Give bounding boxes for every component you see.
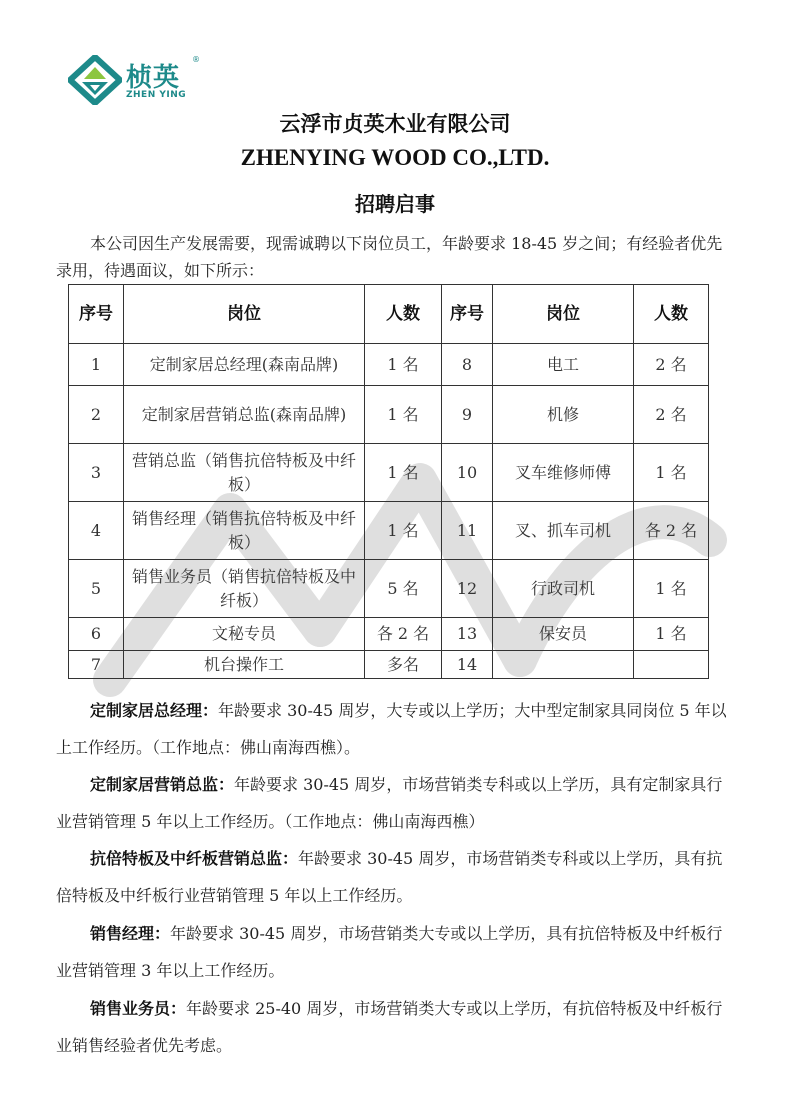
cell-count: 1 名 bbox=[365, 502, 442, 560]
table-row: 4 销售经理（销售抗倍特板及中纤板） 1 名 11 叉、抓车司机 各 2 名 bbox=[69, 502, 709, 560]
cell-position: 文秘专员 bbox=[124, 618, 365, 651]
table-row: 1 定制家居总经理(森南品牌) 1 名 8 电工 2 名 bbox=[69, 344, 709, 386]
requirement-title: 定制家居总经理： bbox=[90, 701, 218, 720]
cell-position: 行政司机 bbox=[493, 560, 634, 618]
cell-position: 保安员 bbox=[493, 618, 634, 651]
table-header-row: 序号 岗位 人数 序号 岗位 人数 bbox=[69, 285, 709, 344]
job-positions-table: 序号 岗位 人数 序号 岗位 人数 1 定制家居总经理(森南品牌) 1 名 8 … bbox=[68, 284, 709, 679]
requirement-general-manager: 定制家居总经理：年龄要求 30-45 周岁，大专或以上学历；大中型定制家具同岗位… bbox=[56, 692, 738, 766]
cell-position: 销售经理（销售抗倍特板及中纤板） bbox=[124, 502, 365, 560]
cell-no: 12 bbox=[442, 560, 493, 618]
cell-no: 6 bbox=[69, 618, 124, 651]
intro-paragraph: 本公司因生产发展需要，现需诚聘以下岗位员工，年龄要求 18-45 岁之间；有经验… bbox=[56, 230, 736, 284]
cell-position: 电工 bbox=[493, 344, 634, 386]
cell-position: 叉、抓车司机 bbox=[493, 502, 634, 560]
cell-count: 各 2 名 bbox=[365, 618, 442, 651]
cell-no: 8 bbox=[442, 344, 493, 386]
notice-title: 招聘启事 bbox=[0, 188, 790, 217]
cell-no: 1 bbox=[69, 344, 124, 386]
header-no: 序号 bbox=[69, 285, 124, 344]
cell-no: 10 bbox=[442, 444, 493, 502]
company-name-en: ZHENYING WOOD CO.,LTD. bbox=[0, 145, 790, 171]
cell-no: 13 bbox=[442, 618, 493, 651]
cell-count: 1 名 bbox=[634, 618, 709, 651]
cell-no: 3 bbox=[69, 444, 124, 502]
cell-count: 1 名 bbox=[365, 444, 442, 502]
table-row: 3 营销总监（销售抗倍特板及中纤板） 1 名 10 叉车维修师傅 1 名 bbox=[69, 444, 709, 502]
cell-no: 4 bbox=[69, 502, 124, 560]
cell-count: 2 名 bbox=[634, 386, 709, 444]
company-name-cn: 云浮市贞英木业有限公司 bbox=[0, 108, 790, 138]
cell-position: 机台操作工 bbox=[124, 651, 365, 679]
cell-position: 机修 bbox=[493, 386, 634, 444]
cell-count: 1 名 bbox=[365, 344, 442, 386]
cell-count: 2 名 bbox=[634, 344, 709, 386]
company-logo: 桢英 ® ZHEN YING bbox=[68, 55, 208, 105]
cell-count: 1 名 bbox=[634, 560, 709, 618]
cell-count: 多名 bbox=[365, 651, 442, 679]
header-count: 人数 bbox=[365, 285, 442, 344]
logo-name-cn: 桢英 bbox=[126, 57, 180, 94]
cell-no: 14 bbox=[442, 651, 493, 679]
header-position: 岗位 bbox=[124, 285, 365, 344]
cell-count: 1 名 bbox=[365, 386, 442, 444]
requirement-title: 销售业务员： bbox=[90, 999, 186, 1018]
cell-count: 1 名 bbox=[634, 444, 709, 502]
cell-position bbox=[493, 651, 634, 679]
table-row: 6 文秘专员 各 2 名 13 保安员 1 名 bbox=[69, 618, 709, 651]
requirement-title: 销售经理： bbox=[90, 924, 170, 943]
table-row: 5 销售业务员（销售抗倍特板及中纤板） 5 名 12 行政司机 1 名 bbox=[69, 560, 709, 618]
cell-count: 5 名 bbox=[365, 560, 442, 618]
cell-no: 5 bbox=[69, 560, 124, 618]
cell-position: 定制家居营销总监(森南品牌) bbox=[124, 386, 365, 444]
requirement-sales-manager: 销售经理：年龄要求 30-45 周岁，市场营销类大专或以上学历，具有抗倍特板及中… bbox=[56, 915, 738, 989]
requirement-title: 抗倍特板及中纤板营销总监： bbox=[90, 849, 298, 868]
cell-no: 9 bbox=[442, 386, 493, 444]
header-position-right: 岗位 bbox=[493, 285, 634, 344]
table-row: 2 定制家居营销总监(森南品牌) 1 名 9 机修 2 名 bbox=[69, 386, 709, 444]
requirement-marketing-director: 定制家居营销总监：年龄要求 30-45 周岁，市场营销类专科或以上学历，具有定制… bbox=[56, 766, 738, 840]
diamond-logo-icon bbox=[68, 55, 122, 105]
cell-position: 营销总监（销售抗倍特板及中纤板） bbox=[124, 444, 365, 502]
requirement-board-marketing-director: 抗倍特板及中纤板营销总监：年龄要求 30-45 周岁，市场营销类专科或以上学历，… bbox=[56, 840, 738, 914]
header-count-right: 人数 bbox=[634, 285, 709, 344]
cell-position: 定制家居总经理(森南品牌) bbox=[124, 344, 365, 386]
cell-position: 叉车维修师傅 bbox=[493, 444, 634, 502]
table-row: 7 机台操作工 多名 14 bbox=[69, 651, 709, 679]
registered-mark: ® bbox=[192, 55, 200, 64]
cell-position: 销售业务员（销售抗倍特板及中纤板） bbox=[124, 560, 365, 618]
cell-no: 7 bbox=[69, 651, 124, 679]
cell-count: 各 2 名 bbox=[634, 502, 709, 560]
header-no-right: 序号 bbox=[442, 285, 493, 344]
cell-count bbox=[634, 651, 709, 679]
requirement-salesperson: 销售业务员：年龄要求 25-40 周岁，市场营销类大专或以上学历，有抗倍特板及中… bbox=[56, 990, 738, 1064]
cell-no: 11 bbox=[442, 502, 493, 560]
cell-no: 2 bbox=[69, 386, 124, 444]
requirement-title: 定制家居营销总监： bbox=[90, 775, 234, 794]
logo-name-en: ZHEN YING bbox=[126, 90, 186, 100]
